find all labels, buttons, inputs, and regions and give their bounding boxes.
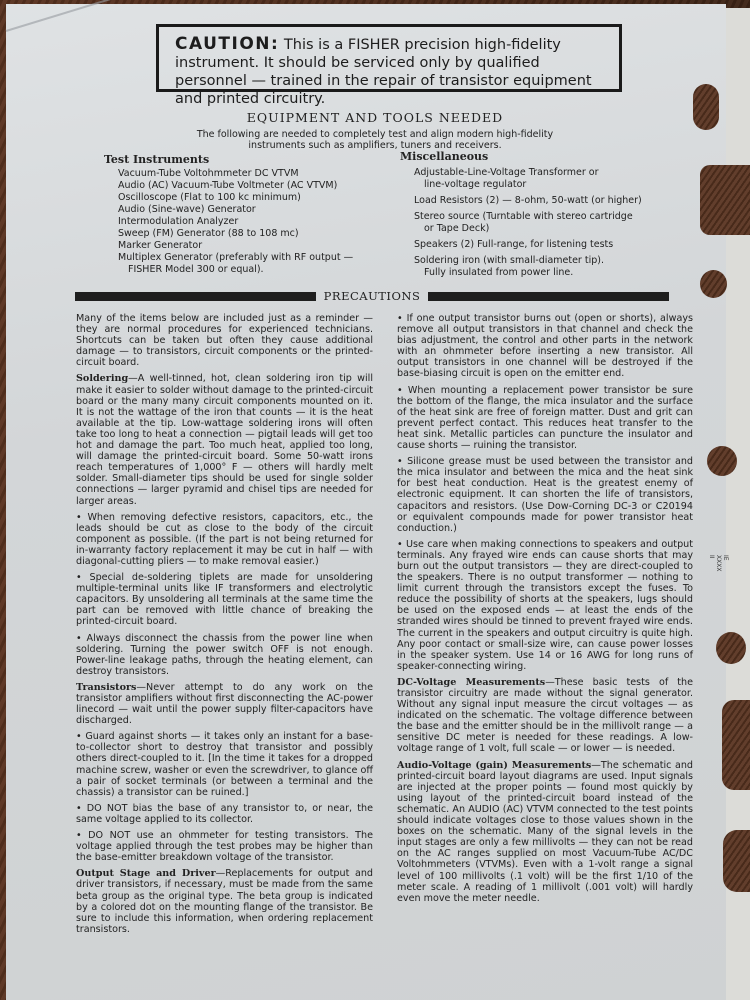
- precaution-paragraph: • Always disconnect the chassis from the…: [76, 633, 373, 677]
- list-item: FISHER Model 300 or equal).: [118, 264, 378, 276]
- precaution-paragraph: • DO NOT bias the base of any transistor…: [76, 803, 373, 825]
- list-item: Audio (Sine-wave) Generator: [118, 204, 378, 216]
- list-item: Intermodulation Analyzer: [118, 216, 378, 228]
- precaution-paragraph: • Special de-soldering tiplets are made …: [76, 572, 373, 627]
- paragraph-heading: Soldering: [76, 373, 128, 384]
- list-item: or Tape Deck): [414, 223, 674, 235]
- paragraph-text: —The schematic and printed-circuit board…: [397, 760, 693, 904]
- precaution-paragraph: • Guard against shorts — it takes only a…: [76, 731, 373, 798]
- precaution-paragraph: • Silicone grease must be used between t…: [397, 456, 693, 534]
- paragraph-text: • DO NOT use an ohmmeter for testing tra…: [76, 830, 373, 863]
- punch-hole: [700, 270, 727, 298]
- caution-box: CAUTION: This is a FISHER precision high…: [156, 24, 622, 92]
- side-print-mark: IE XXXX II: [708, 555, 729, 576]
- precautions-right-column: • If one output transistor burns out (op…: [397, 313, 693, 909]
- punch-hole: [716, 632, 746, 664]
- list-item: Speakers (2) Full-range, for listening t…: [414, 239, 674, 251]
- divider-bar: [75, 292, 316, 301]
- punch-hole-tab: [722, 700, 750, 790]
- paragraph-text: • Special de-soldering tiplets are made …: [76, 572, 373, 627]
- list-item: Oscilloscope (Flat to 100 kc minimum): [118, 192, 378, 204]
- divider-bar: [428, 292, 669, 301]
- paragraph-heading: Audio-Voltage (gain) Measurements: [397, 760, 591, 771]
- paragraph-text: • DO NOT bias the base of any transistor…: [76, 803, 373, 825]
- precaution-paragraph: Audio-Voltage (gain) Measurements—The sc…: [397, 760, 693, 904]
- precaution-paragraph: • If one output transistor burns out (op…: [397, 313, 693, 380]
- paragraph-heading: Transistors: [76, 682, 136, 693]
- miscellaneous-list: Adjustable-Line-Voltage Transformer or l…: [414, 167, 674, 279]
- list-item: Audio (AC) Vacuum-Tube Voltmeter (AC VTV…: [118, 180, 378, 192]
- list-item: Stereo source (Turntable with stereo car…: [414, 211, 674, 223]
- precautions-title: PRECAUTIONS: [316, 289, 429, 303]
- test-instruments-list: Vacuum-Tube Voltohmmeter DC VTVM Audio (…: [118, 168, 378, 276]
- list-item: Fully insulated from power line.: [414, 267, 674, 279]
- paragraph-text: —These basic tests of the transistor cir…: [397, 677, 693, 755]
- paragraph-text: —A well-tinned, hot, clean soldering iro…: [76, 373, 373, 506]
- list-item: Soldering iron (with small-diameter tip)…: [414, 255, 674, 267]
- paragraph-text: • When removing defective resistors, cap…: [76, 512, 373, 567]
- list-item: Sweep (FM) Generator (88 to 108 mc): [118, 228, 378, 240]
- paragraph-text: • Always disconnect the chassis from the…: [76, 633, 373, 677]
- list-item: Adjustable-Line-Voltage Transformer or: [414, 167, 674, 179]
- list-item: Multiplex Generator (preferably with RF …: [118, 252, 378, 264]
- paragraph-text: Many of the items below are included jus…: [76, 313, 373, 368]
- precaution-paragraph: • DO NOT use an ohmmeter for testing tra…: [76, 830, 373, 863]
- paragraph-text: • Guard against shorts — it takes only a…: [76, 731, 373, 797]
- precaution-paragraph: Output Stage and Driver—Replacements for…: [76, 868, 373, 935]
- punch-hole: [707, 446, 737, 476]
- caution-label: CAUTION:: [175, 34, 279, 54]
- precaution-paragraph: DC-Voltage Measurements—These basic test…: [397, 677, 693, 755]
- list-item: line-voltage regulator: [414, 179, 674, 191]
- list-item: Load Resistors (2) — 8-ohm, 50-watt (or …: [414, 195, 674, 207]
- miscellaneous-heading: Miscellaneous: [400, 150, 488, 163]
- punch-hole-tab: [723, 830, 750, 892]
- precaution-paragraph: • When mounting a replacement power tran…: [397, 385, 693, 452]
- equipment-subtitle: The following are needed to completely t…: [0, 129, 750, 151]
- precaution-paragraph: Many of the items below are included jus…: [76, 313, 373, 368]
- punch-hole-tab: [700, 165, 750, 235]
- precaution-paragraph: • Use care when making connections to sp…: [397, 539, 693, 672]
- list-item: Marker Generator: [118, 240, 378, 252]
- paragraph-heading: DC-Voltage Measurements: [397, 677, 545, 688]
- precaution-paragraph: Soldering—A well-tinned, hot, clean sold…: [76, 373, 373, 506]
- precautions-header: PRECAUTIONS: [75, 290, 669, 302]
- precautions-left-column: Many of the items below are included jus…: [76, 313, 373, 940]
- paragraph-text: • Use care when making connections to sp…: [397, 539, 693, 672]
- paragraph-text: • When mounting a replacement power tran…: [397, 385, 693, 451]
- test-instruments-heading: Test Instruments: [104, 153, 209, 166]
- paragraph-text: • If one output transistor burns out (op…: [397, 313, 693, 379]
- precaution-paragraph: Transistors—Never attempt to do any work…: [76, 682, 373, 726]
- paragraph-text: • Silicone grease must be used between t…: [397, 456, 693, 534]
- paragraph-heading: Output Stage and Driver: [76, 868, 216, 879]
- equipment-title: EQUIPMENT AND TOOLS NEEDED: [0, 110, 750, 125]
- precaution-paragraph: • When removing defective resistors, cap…: [76, 512, 373, 567]
- list-item: Vacuum-Tube Voltohmmeter DC VTVM: [118, 168, 378, 180]
